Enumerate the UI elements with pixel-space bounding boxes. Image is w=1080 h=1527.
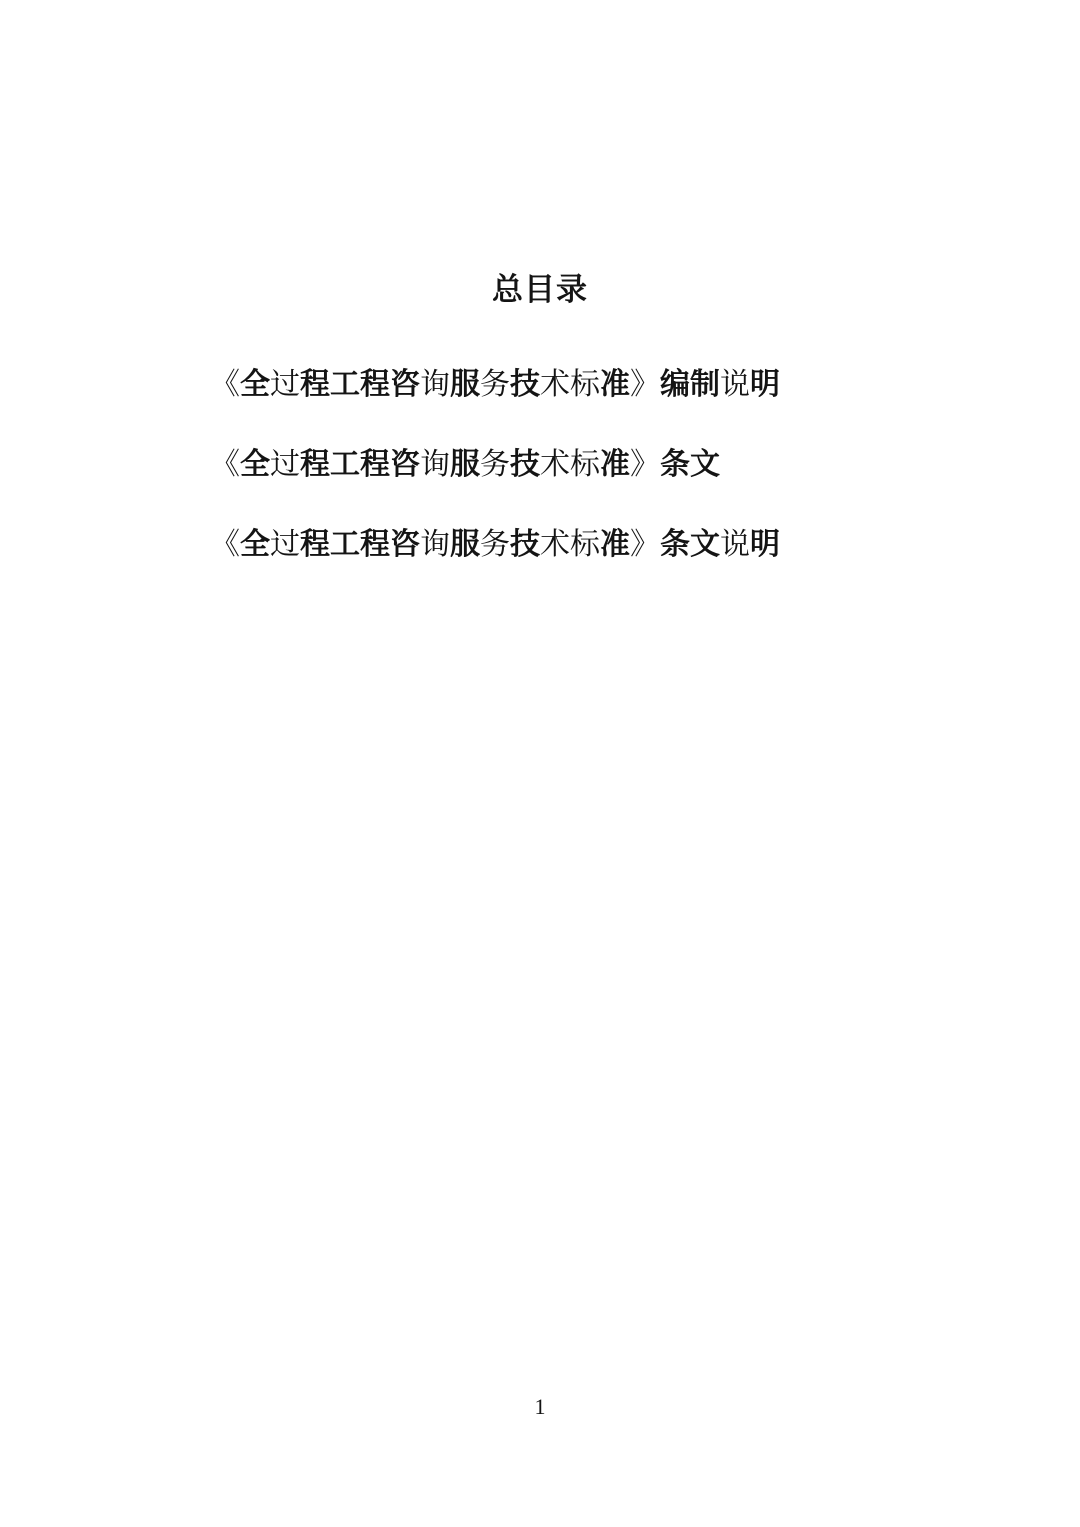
toc-entry: 《全过程工程咨询服务技术标准》条文说明 xyxy=(210,526,780,564)
toc-entry: 《全过程工程咨询服务技术标准》编制说明 xyxy=(210,366,780,404)
document-page: 总目录 《全过程工程咨询服务技术标准》编制说明 《全过程工程咨询服务技术标准》条… xyxy=(0,0,1080,1527)
page-number: 1 xyxy=(0,1394,1080,1420)
toc-entry: 《全过程工程咨询服务技术标准》条文 xyxy=(210,446,720,484)
page-title: 总目录 xyxy=(0,271,1080,309)
